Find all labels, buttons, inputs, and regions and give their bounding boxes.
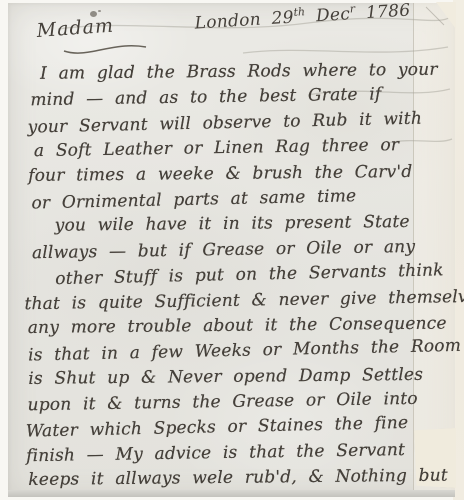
month-ordinal: r bbox=[349, 2, 355, 15]
letter-paper: London 29th Decr 1786 Madam I am glad th… bbox=[8, 3, 455, 497]
salutation: Madam bbox=[36, 15, 115, 42]
day-ordinal: th bbox=[293, 5, 305, 19]
letter-body: I am glad the Brass Rods where to your m… bbox=[22, 57, 456, 493]
dateline: London 29th Decr 1786 bbox=[194, 0, 411, 34]
month-name: Dec bbox=[315, 4, 350, 26]
salutation-flourish bbox=[60, 39, 150, 59]
year-number: 1786 bbox=[365, 0, 411, 23]
scanned-letter: London 29th Decr 1786 Madam I am glad th… bbox=[0, 0, 464, 500]
place-name: London bbox=[194, 10, 261, 34]
day-number: 29 bbox=[271, 8, 294, 29]
